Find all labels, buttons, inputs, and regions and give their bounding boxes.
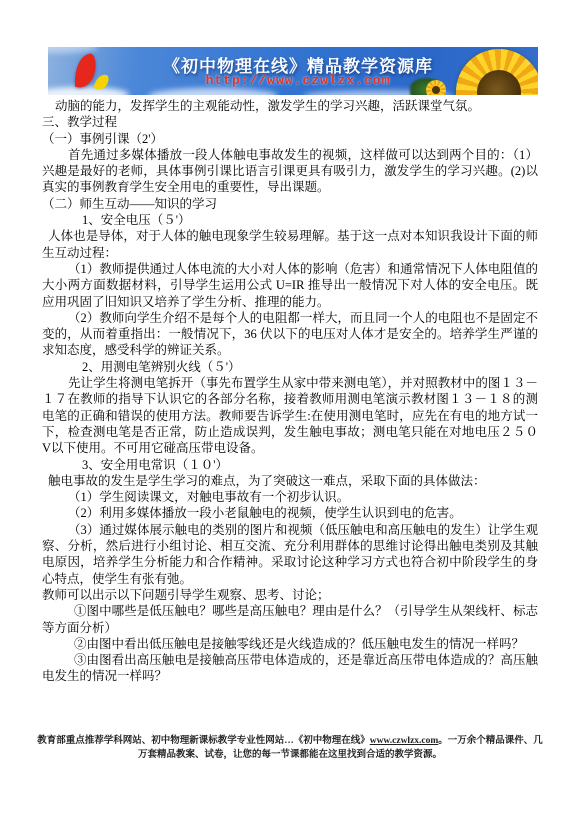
- paragraph-question-3: ③由图看出高压触电是接触高压带电体造成的，还是靠近高压带电体造成的？高压触电发生…: [42, 652, 538, 685]
- paragraph-case-introduction: 首先通过多媒体播放一段人体触电事故发生的视频，这样做可以达到两个目的：（1）兴趣…: [42, 147, 538, 196]
- subheading-safe-voltage: 1、安全电压（５'）: [42, 212, 538, 228]
- subheading-safety-knowledge: 3、安全用电常识（１０'）: [42, 457, 538, 473]
- paragraph-test-pencil: 先让学生将测电笔拆开（事先布置学生从家中带来测电笔），并对照教材中的图１３－１７…: [42, 375, 538, 456]
- footer-promo: 教育部重点推荐学科网站、初中物理新课标教学专业性网站…《初中物理在线》www.c…: [36, 735, 544, 762]
- flame-logo-icon: [73, 53, 97, 87]
- paragraph-safe-voltage-intro: 人体也是导体，对于人体的触电现象学生较易理解。基于这一点对本知识我设计下面的师生…: [42, 228, 538, 261]
- footer-site-link[interactable]: www.czwlzx.com: [370, 736, 439, 746]
- subheading-teacher-student-interaction: （二）师生互动——知识的学习: [42, 196, 538, 212]
- paragraph-continuation: 动脑的能力，发挥学生的主观能动性，激发学生的学习兴趣，活跃课堂气氛。: [42, 98, 538, 114]
- paragraph-question-1: ①图中哪些是低压触电？哪些是高压触电？理由是什么？（引导学生从架线杆、标志等方面…: [42, 603, 538, 636]
- paragraph-discussion-prompt: 教师可以出示以下问题引导学生观察、思考、讨论；: [42, 587, 538, 603]
- paragraph-safety-step2: （2）利用多媒体播放一段小老鼠触电的视频，使学生认识到电的危害。: [42, 505, 538, 521]
- document-page: 《初中物理在线》精品教学资源库 http://www.czwlzx.com 动脑…: [0, 0, 580, 819]
- paragraph-safety-step3: （3）通过媒体展示触电的类别的图片和视频（低压触电和高压触电的发生）让学生观察、…: [42, 522, 538, 587]
- footer-text-prefix: 教育部重点推荐学科网站、初中物理新课标教学专业性网站…《初中物理在线》: [37, 736, 370, 746]
- cloud-decoration: [148, 88, 278, 95]
- cloud-decoration: [48, 47, 98, 53]
- document-body: 动脑的能力，发挥学生的主观能动性，激发学生的学习兴趣，活跃课堂气氛。 三、教学过…: [42, 98, 538, 685]
- site-banner: 《初中物理在线》精品教学资源库 http://www.czwlzx.com: [48, 47, 538, 95]
- paragraph-safe-voltage-step1: （1）教师提供通过人体电流的大小对人体的影响（危害）和通常情况下人体电阻值的大小…: [42, 261, 538, 310]
- subheading-test-pencil: 2、用测电笔辨别火线（５'）: [42, 359, 538, 375]
- paragraph-question-2: ②由图中看出低压触电是接触零线还是火线造成的？低压触电发生的情况一样吗？: [42, 636, 538, 652]
- subheading-case-introduction: （一）事例引课（2'）: [42, 131, 538, 147]
- banner-url: http://www.czwlzx.com: [118, 73, 478, 88]
- paragraph-safe-voltage-step2: （2）教师向学生介绍不是每个人的电阻都一样大，而且同一个人的电阻也不是固定不变的…: [42, 310, 538, 359]
- paragraph-safety-knowledge-intro: 触电事故的发生是学生学习的难点，为了突破这一难点，采取下面的具体做法：: [42, 473, 538, 489]
- cloud-decoration: [48, 87, 129, 95]
- heading-teaching-process: 三、教学过程: [42, 114, 538, 130]
- paragraph-safety-step1: （1）学生阅读课文，对触电事故有一个初步认识。: [42, 489, 538, 505]
